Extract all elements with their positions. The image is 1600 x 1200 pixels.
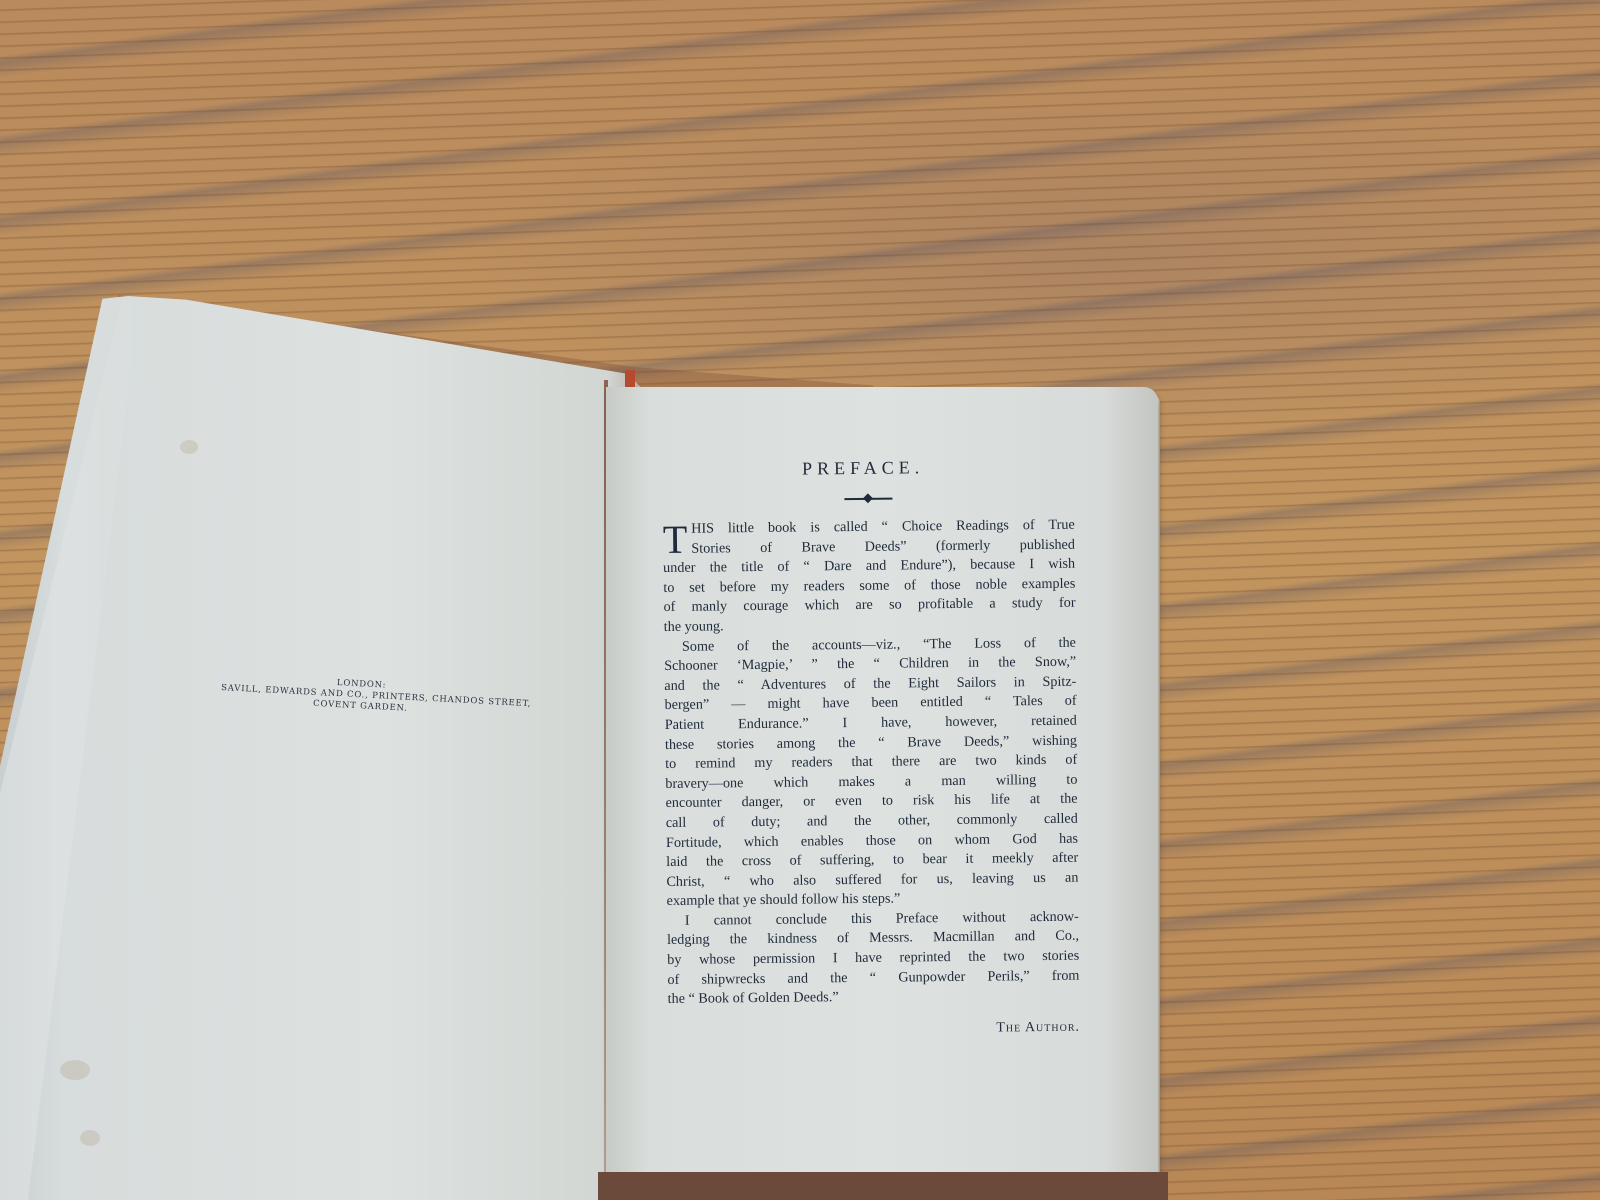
foxing-spot: [180, 440, 198, 454]
drop-cap: T: [663, 523, 688, 557]
book-cover-bottom: [598, 1172, 1168, 1200]
paragraph-3: I cannot conclude this Preface without a…: [667, 908, 1080, 1010]
text-line: the “ Book of Golden Deeds.”: [668, 986, 1080, 1010]
page-title: PREFACE.: [652, 456, 1074, 481]
paragraph-2: Some of the accounts—viz., “The Loss of …: [664, 633, 1079, 912]
preface-text: PREFACE. T HIS little book is called “ C…: [662, 456, 1080, 1042]
foxing-spot: [60, 1060, 90, 1080]
preface-body: T HIS little book is called “ Choice Rea…: [663, 516, 1080, 1042]
ornament-divider-icon: [844, 494, 892, 505]
foxing-spot: [80, 1130, 100, 1146]
paragraph-1: T HIS little book is called “ Choice Rea…: [663, 516, 1076, 638]
